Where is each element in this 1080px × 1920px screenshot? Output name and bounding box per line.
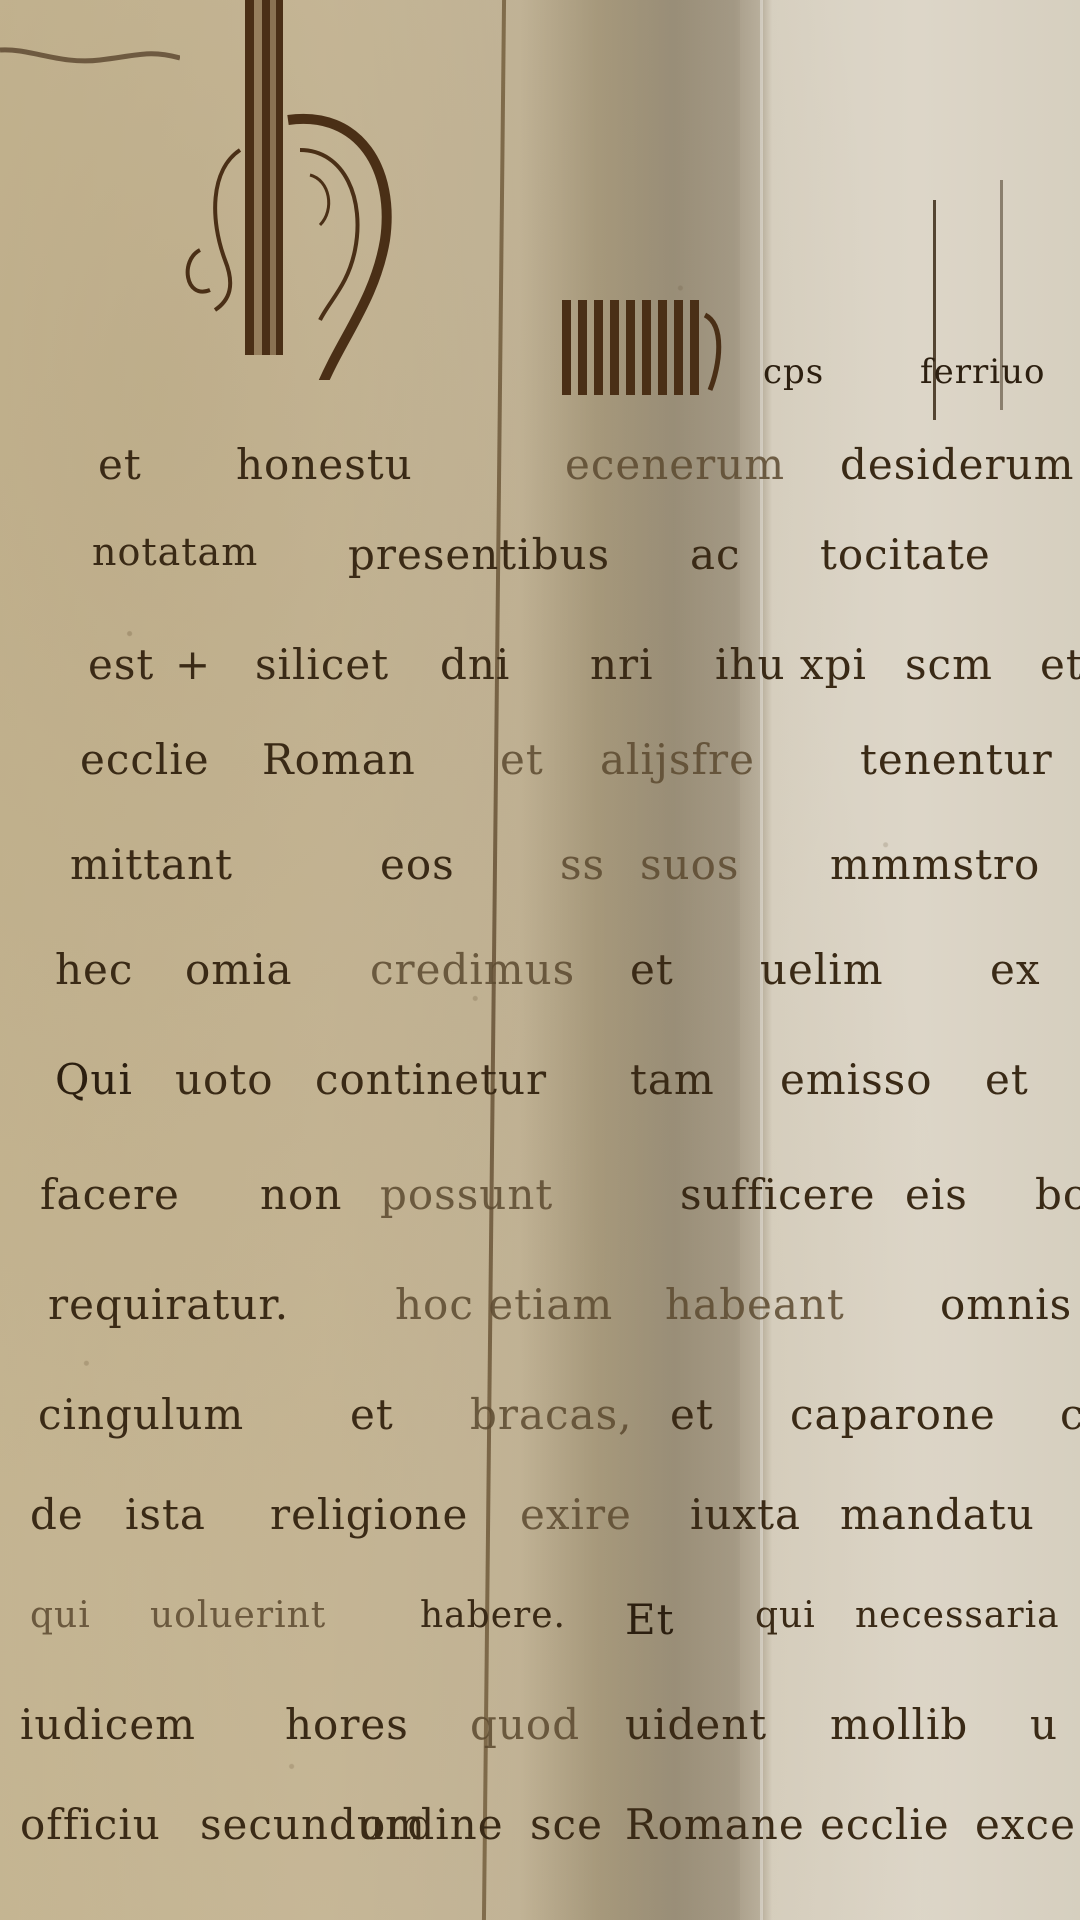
word: sufficere (680, 1170, 875, 1219)
word: ecenerum (565, 440, 785, 489)
manuscript-line-5: ecclie Roman et alijsfre tenentur (0, 735, 1080, 805)
word: hec (55, 945, 133, 994)
manuscript-line-15: officiu secundum ordine sce Romane eccli… (0, 1800, 1080, 1870)
manuscript-line-3: notatam presentibus ac tocitate (0, 530, 1080, 600)
word: et (1040, 640, 1080, 689)
word: dni (440, 640, 510, 689)
word: Qui (55, 1055, 133, 1104)
word: eos (380, 840, 455, 889)
word: scm (905, 640, 993, 689)
word: notatam (92, 530, 258, 574)
word: bo (1035, 1170, 1080, 1219)
word: credimus (370, 945, 575, 994)
word: mandatu (840, 1490, 1035, 1539)
word: possunt (380, 1170, 553, 1219)
word: uelim (760, 945, 884, 994)
word: uoto (175, 1055, 274, 1104)
word: nri (590, 640, 654, 689)
word: ac (690, 530, 741, 579)
word: exire (520, 1490, 632, 1539)
word: bracas, (470, 1390, 632, 1439)
word: habeant (665, 1280, 845, 1329)
manuscript-line-8: Qui uoto continetur tam emisso et (0, 1055, 1080, 1125)
word: mmmstro (830, 840, 1040, 889)
word: omnis (940, 1280, 1072, 1329)
word: qui (755, 1595, 816, 1636)
word: facere (40, 1170, 180, 1219)
word: desiderum (840, 440, 1074, 489)
word: religione (270, 1490, 468, 1539)
word: et (985, 1055, 1029, 1104)
word: ordine (360, 1800, 504, 1849)
word: silicet (255, 640, 389, 689)
word: Et (625, 1595, 675, 1644)
word: sce (530, 1800, 603, 1849)
word: honestu (236, 440, 413, 489)
word: de (30, 1490, 84, 1539)
word: hores (285, 1700, 409, 1749)
word: continetur (315, 1055, 547, 1104)
word: + (175, 640, 211, 689)
word: exce (975, 1800, 1076, 1849)
word: quod (470, 1700, 580, 1749)
word: iudicem (20, 1700, 196, 1749)
word: necessaria (855, 1595, 1060, 1636)
word: et (350, 1390, 394, 1439)
word: ex (990, 945, 1041, 994)
word: mollib (830, 1700, 968, 1749)
word: tenentur (860, 735, 1053, 784)
word: ferriuo (920, 352, 1045, 392)
word: et (500, 735, 544, 784)
word: et (630, 945, 674, 994)
word: ihu xpi (715, 640, 867, 689)
word: tocitate (820, 530, 991, 579)
margin-flourish-icon (0, 20, 180, 80)
decorated-initial-icon (170, 0, 460, 380)
word: suos (640, 840, 739, 889)
word: cingulum (38, 1390, 244, 1439)
word: presentibus (348, 530, 610, 579)
manuscript-line-1: cps ferriuo (0, 352, 1080, 422)
manuscript-line-9: facere non possunt sufficere eis bo (0, 1170, 1080, 1240)
word: mittant (70, 840, 233, 889)
word: et (670, 1390, 714, 1439)
manuscript-line-11: cingulum et bracas, et caparone c (0, 1390, 1080, 1460)
word: requiratur. (48, 1280, 289, 1329)
word: omia (185, 945, 293, 994)
word: hoc etiam (395, 1280, 613, 1329)
word: caparone (790, 1390, 996, 1439)
word: ecclie (80, 735, 210, 784)
word: c (1060, 1390, 1080, 1439)
word: et (98, 440, 142, 489)
word: tam (630, 1055, 715, 1104)
manuscript-line-4: est + silicet dni nri ihu xpi scm et (0, 640, 1080, 710)
word: eis (905, 1170, 968, 1219)
manuscript-line-7: hec omia credimus et uelim ex (0, 945, 1080, 1015)
word: u (1030, 1700, 1058, 1749)
manuscript-line-13: qui uoluerint habere. Et qui necessaria (0, 1595, 1080, 1665)
manuscript-line-6: mittant eos ss suos mmmstro (0, 840, 1080, 910)
manuscript-line-14: iudicem hores quod uident mollib u (0, 1700, 1080, 1770)
word: uident (625, 1700, 767, 1749)
manuscript-line-12: de ista religione exire iuxta mandatu (0, 1490, 1080, 1560)
word: ss (560, 840, 605, 889)
word: ista (125, 1490, 206, 1539)
word: cps (763, 352, 824, 392)
word: uoluerint (150, 1595, 326, 1636)
word: Roman (262, 735, 416, 784)
word: emisso (780, 1055, 933, 1104)
word: alijsfre (600, 735, 755, 784)
manuscript-line-10: requiratur. hoc etiam habeant omnis (0, 1280, 1080, 1350)
word: iuxta (690, 1490, 801, 1539)
word: officiu (20, 1800, 161, 1849)
word: qui (30, 1595, 91, 1636)
word: ecclie (820, 1800, 950, 1849)
word: est (88, 640, 154, 689)
word: habere. (420, 1595, 566, 1636)
word: Romane (625, 1800, 805, 1849)
word: non (260, 1170, 342, 1219)
manuscript-line-2: et honestu ecenerum desiderum (0, 440, 1080, 510)
